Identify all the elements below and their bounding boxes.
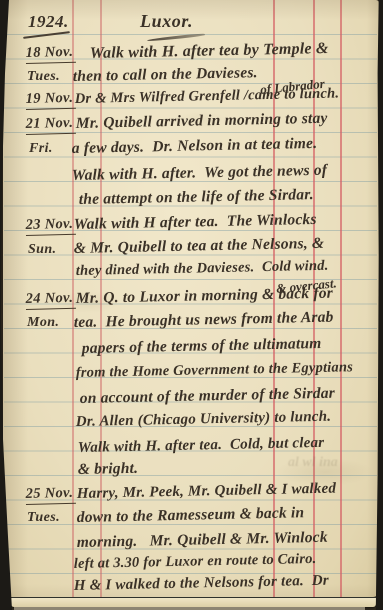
title-underline-flourish <box>147 33 205 42</box>
journal-line: H & I walked to the Nelsons for tea. Dr <box>74 572 329 595</box>
journal-line: from the Home Government to the Egyptian… <box>76 359 354 382</box>
journal-line: on account of the murder of the Sirdar <box>80 385 336 409</box>
year-underline <box>23 31 70 39</box>
entry-date: 18 Nov. <box>25 44 76 65</box>
journal-line: & bright. <box>78 460 139 480</box>
entry-date: 19 Nov. <box>25 90 76 111</box>
year-heading: 1924. <box>28 12 69 32</box>
entry-date: 24 Nov. <box>25 290 76 311</box>
journal-line: Mr. Q. to Luxor in morning & back for <box>76 285 334 309</box>
journal-line: Harry, Mr. Peek, Mr. Quibell & I walked <box>77 480 337 503</box>
entry-date: 21 Nov. <box>25 115 76 136</box>
journal-line: Walk with H after tea. The Winlocks <box>74 211 317 235</box>
show-through-ghost-text: al wl ina <box>288 455 338 471</box>
journal-line: then to call on the Davieses. <box>73 64 258 86</box>
diary-page-photo: al wl ina 1924. Luxor. 18 Nov.Tues.Walk … <box>0 0 383 610</box>
entry-day: Fri. <box>29 141 53 158</box>
page-title: Luxor. <box>140 11 193 32</box>
entry-date: 23 Nov. <box>25 216 76 237</box>
journal-line: the attempt on the life of the Sirdar. <box>79 186 314 210</box>
entry-day: Tues. <box>27 510 60 527</box>
next-page-edge <box>11 598 376 607</box>
journal-line: left at 3.30 for Luxor en route to Cairo… <box>74 551 317 573</box>
entry-day: Tues. <box>27 69 60 86</box>
journal-line: Walk with H. after tea. Cold, but clear <box>78 434 325 457</box>
journal-line: Dr. Allen (Chicago University) to lunch. <box>76 408 332 431</box>
journal-line: Walk with H. after tea by Temple & <box>90 39 329 63</box>
journal-line: tea. He brought us news from the Arab <box>74 309 334 333</box>
journal-line: a few days. Dr. Nelson in at tea time. <box>72 135 318 159</box>
entry-day: Sun. <box>28 242 56 259</box>
journal-line: Mr. Quibell arrived in morning to stay <box>76 110 328 134</box>
handwriting-layer: al wl ina 1924. Luxor. 18 Nov.Tues.Walk … <box>0 0 383 610</box>
entry-day: Mon. <box>27 315 59 332</box>
journal-line: morning. Mr. Quibell & Mr. Winlock <box>77 529 328 553</box>
journal-line: down to the Ramesseum & back in <box>77 504 305 527</box>
journal-line: papers of the terms of the ultimatum <box>82 335 322 359</box>
journal-line: & Mr. Quibell to tea at the Nelsons, & <box>74 235 325 259</box>
journal-line: they dined with the Davieses. Cold wind. <box>76 258 329 281</box>
journal-line: Walk with H. after. We got the news of <box>72 162 328 186</box>
entry-date: 25 Nov. <box>25 485 76 506</box>
